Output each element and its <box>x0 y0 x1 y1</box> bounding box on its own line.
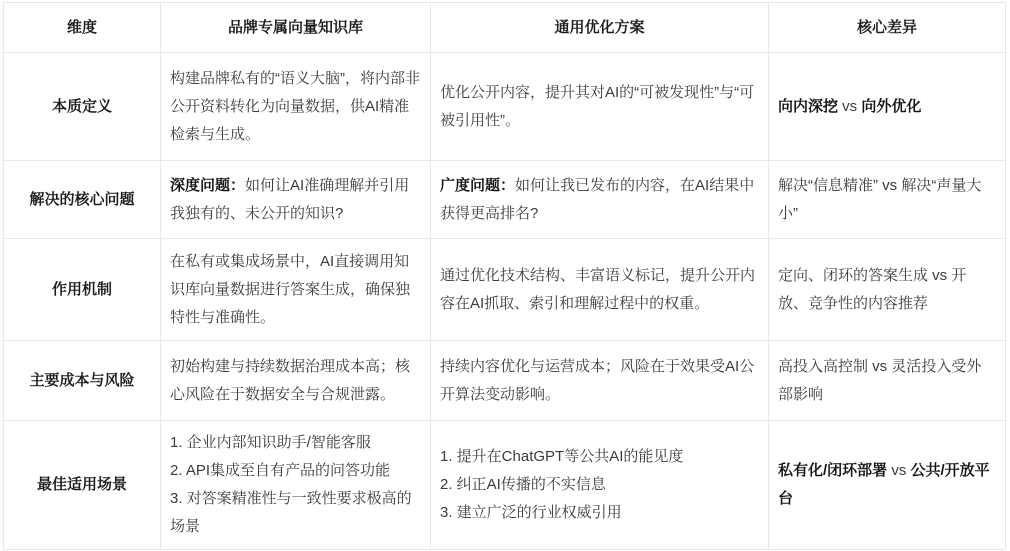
cell-definition-diff: 向内深挖 vs 向外优化 <box>769 53 1006 161</box>
list-item: 2. 纠正AI传播的不实信息 <box>440 471 759 499</box>
header-row: 维度 品牌专属向量知识库 通用优化方案 核心差异 <box>4 3 1006 53</box>
comparison-table: 维度 品牌专属向量知识库 通用优化方案 核心差异 本质定义 构建品牌私有的“语义… <box>3 2 1006 550</box>
list-item: 3. 建立广泛的行业权威引用 <box>440 499 759 527</box>
cell-cost-risk-brand: 初始构建与持续数据治理成本高；核心风险在于数据安全与合规泄露。 <box>161 341 431 421</box>
header-dimension: 维度 <box>4 3 161 53</box>
cell-mechanism-brand: 在私有或集成场景中，AI直接调用知识库向量数据进行答案生成，确保独特性与准确性。 <box>161 239 431 341</box>
cell-scenarios-general: 1. 提升在ChatGPT等公共AI的能见度 2. 纠正AI传播的不实信息 3.… <box>431 421 769 550</box>
row-label-cost-risk: 主要成本与风险 <box>4 341 161 421</box>
depth-problem-lead: 深度问题： <box>170 177 245 194</box>
diff-bold-left: 向内深挖 <box>778 98 838 115</box>
list-item: 1. 提升在ChatGPT等公共AI的能见度 <box>440 443 759 471</box>
cell-cost-risk-diff: 高投入高控制 vs 灵活投入受外部影响 <box>769 341 1006 421</box>
list-item: 3. 对答案精准性与一致性要求极高的场景 <box>170 485 421 541</box>
cell-core-problem-diff: 解决“信息精准” vs 解决“声量大小” <box>769 161 1006 239</box>
table-row-definition: 本质定义 构建品牌私有的“语义大脑”，将内部非公开资料转化为向量数据，供AI精准… <box>4 53 1006 161</box>
cell-mechanism-diff: 定向、闭环的答案生成 vs 开放、竞争性的内容推荐 <box>769 239 1006 341</box>
row-label-best-scenarios: 最佳适用场景 <box>4 421 161 550</box>
list-item: 2. API集成至自有产品的问答功能 <box>170 457 421 485</box>
header-brand-knowledge-base: 品牌专属向量知识库 <box>161 3 431 53</box>
row-label-mechanism: 作用机制 <box>4 239 161 341</box>
row-label-core-problem: 解决的核心问题 <box>4 161 161 239</box>
cell-definition-brand: 构建品牌私有的“语义大脑”，将内部非公开资料转化为向量数据，供AI精准检索与生成… <box>161 53 431 161</box>
cell-core-problem-brand: 深度问题：如何让AI准确理解并引用我独有的、未公开的知识? <box>161 161 431 239</box>
cell-scenarios-brand: 1. 企业内部知识助手/智能客服 2. API集成至自有产品的问答功能 3. 对… <box>161 421 431 550</box>
cell-mechanism-general: 通过优化技术结构、丰富语义标记，提升公开内容在AI抓取、索引和理解过程中的权重。 <box>431 239 769 341</box>
list-item: 1. 企业内部知识助手/智能客服 <box>170 429 421 457</box>
table-row-cost-risk: 主要成本与风险 初始构建与持续数据治理成本高；核心风险在于数据安全与合规泄露。 … <box>4 341 1006 421</box>
table-row-core-problem: 解决的核心问题 深度问题：如何让AI准确理解并引用我独有的、未公开的知识? 广度… <box>4 161 1006 239</box>
breadth-problem-lead: 广度问题： <box>440 177 515 194</box>
diff-bold-right: 向外优化 <box>861 98 921 115</box>
row-label-definition: 本质定义 <box>4 53 161 161</box>
diff-vs-text: vs <box>887 462 910 479</box>
diff-bold-left: 私有化/闭环部署 <box>778 462 887 479</box>
header-general-optimization: 通用优化方案 <box>431 3 769 53</box>
cell-definition-general: 优化公开内容，提升其对AI的“可被发现性”与“可被引用性”。 <box>431 53 769 161</box>
cell-scenarios-diff: 私有化/闭环部署 vs 公共/开放平台 <box>769 421 1006 550</box>
table-row-best-scenarios: 最佳适用场景 1. 企业内部知识助手/智能客服 2. API集成至自有产品的问答… <box>4 421 1006 550</box>
cell-cost-risk-general: 持续内容优化与运营成本；风险在于效果受AI公开算法变动影响。 <box>431 341 769 421</box>
cell-core-problem-general: 广度问题：如何让我已发布的内容，在AI结果中获得更高排名? <box>431 161 769 239</box>
diff-vs-text: vs <box>838 98 861 115</box>
table-row-mechanism: 作用机制 在私有或集成场景中，AI直接调用知识库向量数据进行答案生成，确保独特性… <box>4 239 1006 341</box>
header-core-difference: 核心差异 <box>769 3 1006 53</box>
